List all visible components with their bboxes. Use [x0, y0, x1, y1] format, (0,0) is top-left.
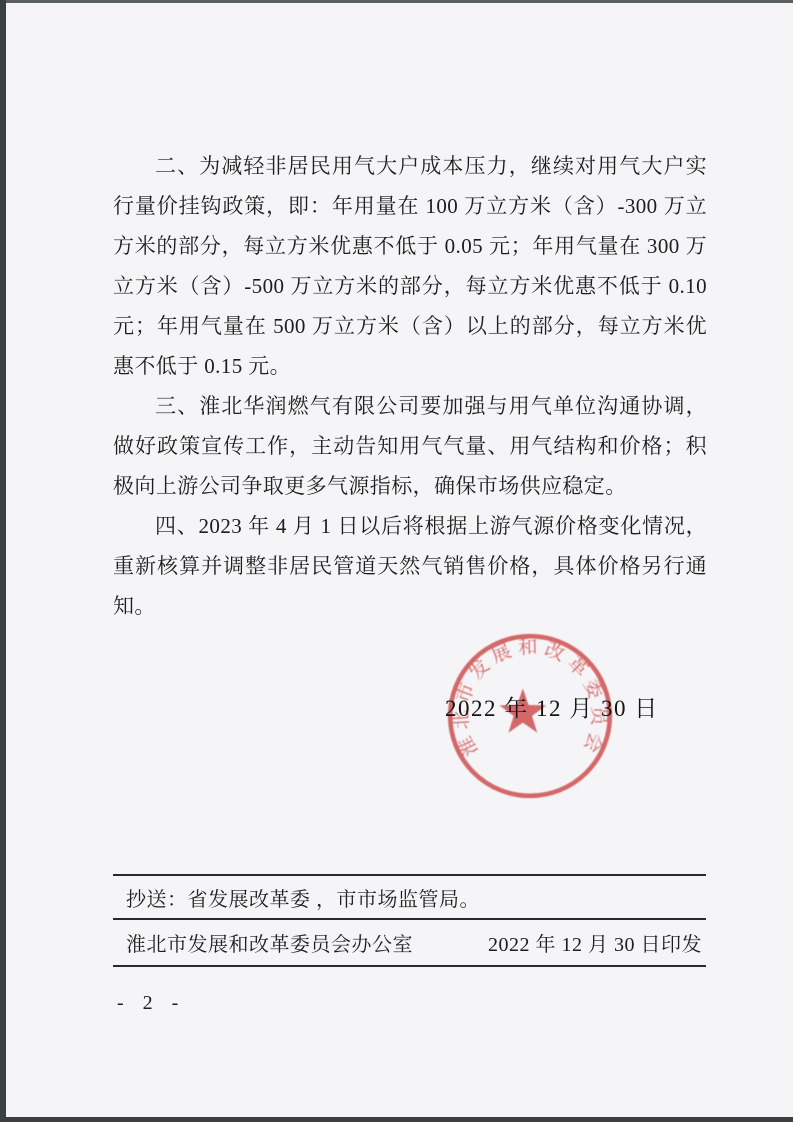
paragraph-item-4: 四、2023 年 4 月 1 日以后将根据上游气源价格变化情况，重新核算并调整非…: [113, 506, 707, 626]
paragraph-item-2: 二、为减轻非居民用气大户成本压力，继续对用气大户实行量价挂钩政策，即：年用量在 …: [113, 146, 707, 386]
colophon: 抄送：省发展改革委 ，市市场监管局。 淮北市发展和改革委员会办公室 2022 年…: [113, 874, 706, 967]
scan-edge-bottom: [0, 1117, 793, 1122]
cc-line: 抄送：省发展改革委 ，市市场监管局。: [113, 874, 706, 918]
scan-edge-left: [0, 0, 6, 1122]
signature-date: 2022 年 12 月 30 日: [445, 690, 659, 723]
issuer-row: 淮北市发展和改革委员会办公室 2022 年 12 月 30 日印发: [113, 918, 706, 967]
issuer-office: 淮北市发展和改革委员会办公室: [126, 928, 413, 957]
document-body: 二、为减轻非居民用气大户成本压力，继续对用气大户实行量价挂钩政策，即：年用量在 …: [113, 146, 707, 626]
paragraph-item-3: 三、淮北华润燃气有限公司要加强与用气单位沟通协调，做好政策宣传工作，主动告知用气…: [113, 386, 707, 506]
print-date: 2022 年 12 月 30 日印发: [488, 928, 702, 957]
scan-edge-top: [0, 0, 793, 3]
scanned-page: 二、为减轻非居民用气大户成本压力，继续对用气大户实行量价挂钩政策，即：年用量在 …: [0, 0, 793, 1122]
page-number: - 2 -: [117, 992, 185, 1015]
